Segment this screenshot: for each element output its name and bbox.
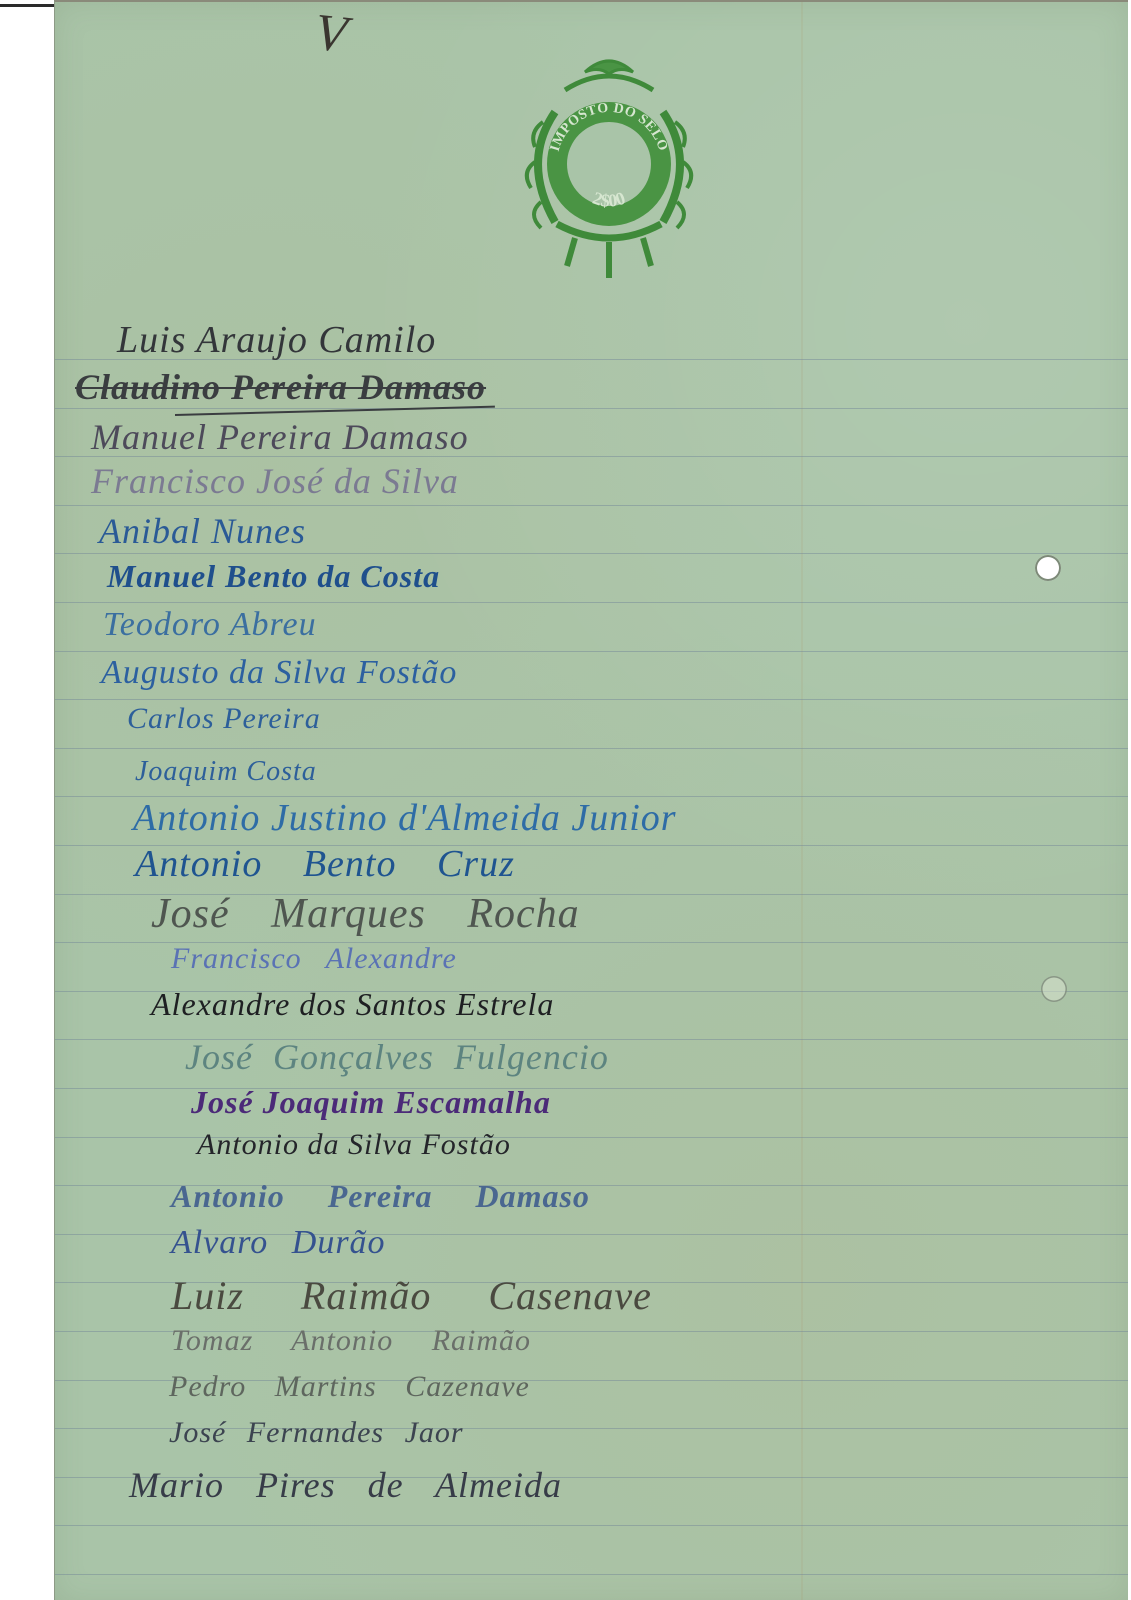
ruled-line	[55, 651, 1128, 652]
signature-13: Francisco Alexandre	[171, 942, 457, 976]
document-page: V	[54, 0, 1128, 1600]
ruled-line	[55, 602, 1128, 603]
signature-5: Manuel Bento da Costa	[107, 558, 440, 595]
signature-23: José Fernandes Jaor	[169, 1416, 464, 1450]
signature-16: José Joaquim Escamalha	[191, 1084, 551, 1121]
ruled-line	[55, 505, 1128, 506]
signature-14: Alexandre dos Santos Estrela	[151, 986, 554, 1023]
scan-edge-bar	[0, 4, 54, 7]
signature-21: Tomaz Antonio Raimão	[171, 1324, 531, 1358]
paper-fold-crease	[801, 2, 803, 1600]
ruled-line	[55, 408, 1128, 409]
punch-hole-lower	[1041, 976, 1067, 1002]
ruled-line	[55, 1574, 1128, 1575]
signature-0: Luis Araujo Camilo	[117, 318, 436, 362]
signature-9: Joaquim Costa	[135, 756, 317, 788]
signature-2: Manuel Pereira Damaso	[91, 416, 469, 458]
signature-15: José Gonçalves Fulgencio	[185, 1036, 609, 1078]
corner-check-mark: V	[312, 3, 346, 65]
signature-6: Teodoro Abreu	[103, 606, 317, 644]
ruled-line	[55, 699, 1128, 700]
ruled-line	[55, 748, 1128, 749]
signature-8: Carlos Pereira	[127, 702, 321, 736]
stamp-emblem-icon: IMPOSTO DO SELO 2$00	[515, 52, 703, 282]
signature-11: Antonio Bento Cruz	[135, 842, 515, 886]
signature-3: Francisco José da Silva	[91, 460, 459, 502]
ruled-line	[55, 1525, 1128, 1526]
signature-10: Antonio Justino d'Almeida Junior	[133, 796, 677, 840]
signature-17: Antonio da Silva Fostão	[197, 1128, 511, 1162]
fiscal-stamp: IMPOSTO DO SELO 2$00	[515, 52, 703, 282]
signature-18: Antonio Pereira Damaso	[171, 1178, 590, 1215]
signature-12: José Marques Rocha	[151, 890, 580, 938]
signature-20: Luiz Raimão Casenave	[171, 1272, 652, 1319]
ruled-line	[55, 553, 1128, 554]
signature-19: Alvaro Durão	[171, 1224, 386, 1262]
punch-hole-upper	[1035, 555, 1061, 581]
signature-24: Mario Pires de Almeida	[129, 1464, 562, 1506]
signature-7: Augusto da Silva Fostão	[101, 654, 457, 692]
signature-1-struck: Claudino Pereira Damaso	[75, 366, 486, 408]
signature-22: Pedro Martins Cazenave	[169, 1370, 530, 1404]
signature-4: Anibal Nunes	[99, 510, 306, 552]
